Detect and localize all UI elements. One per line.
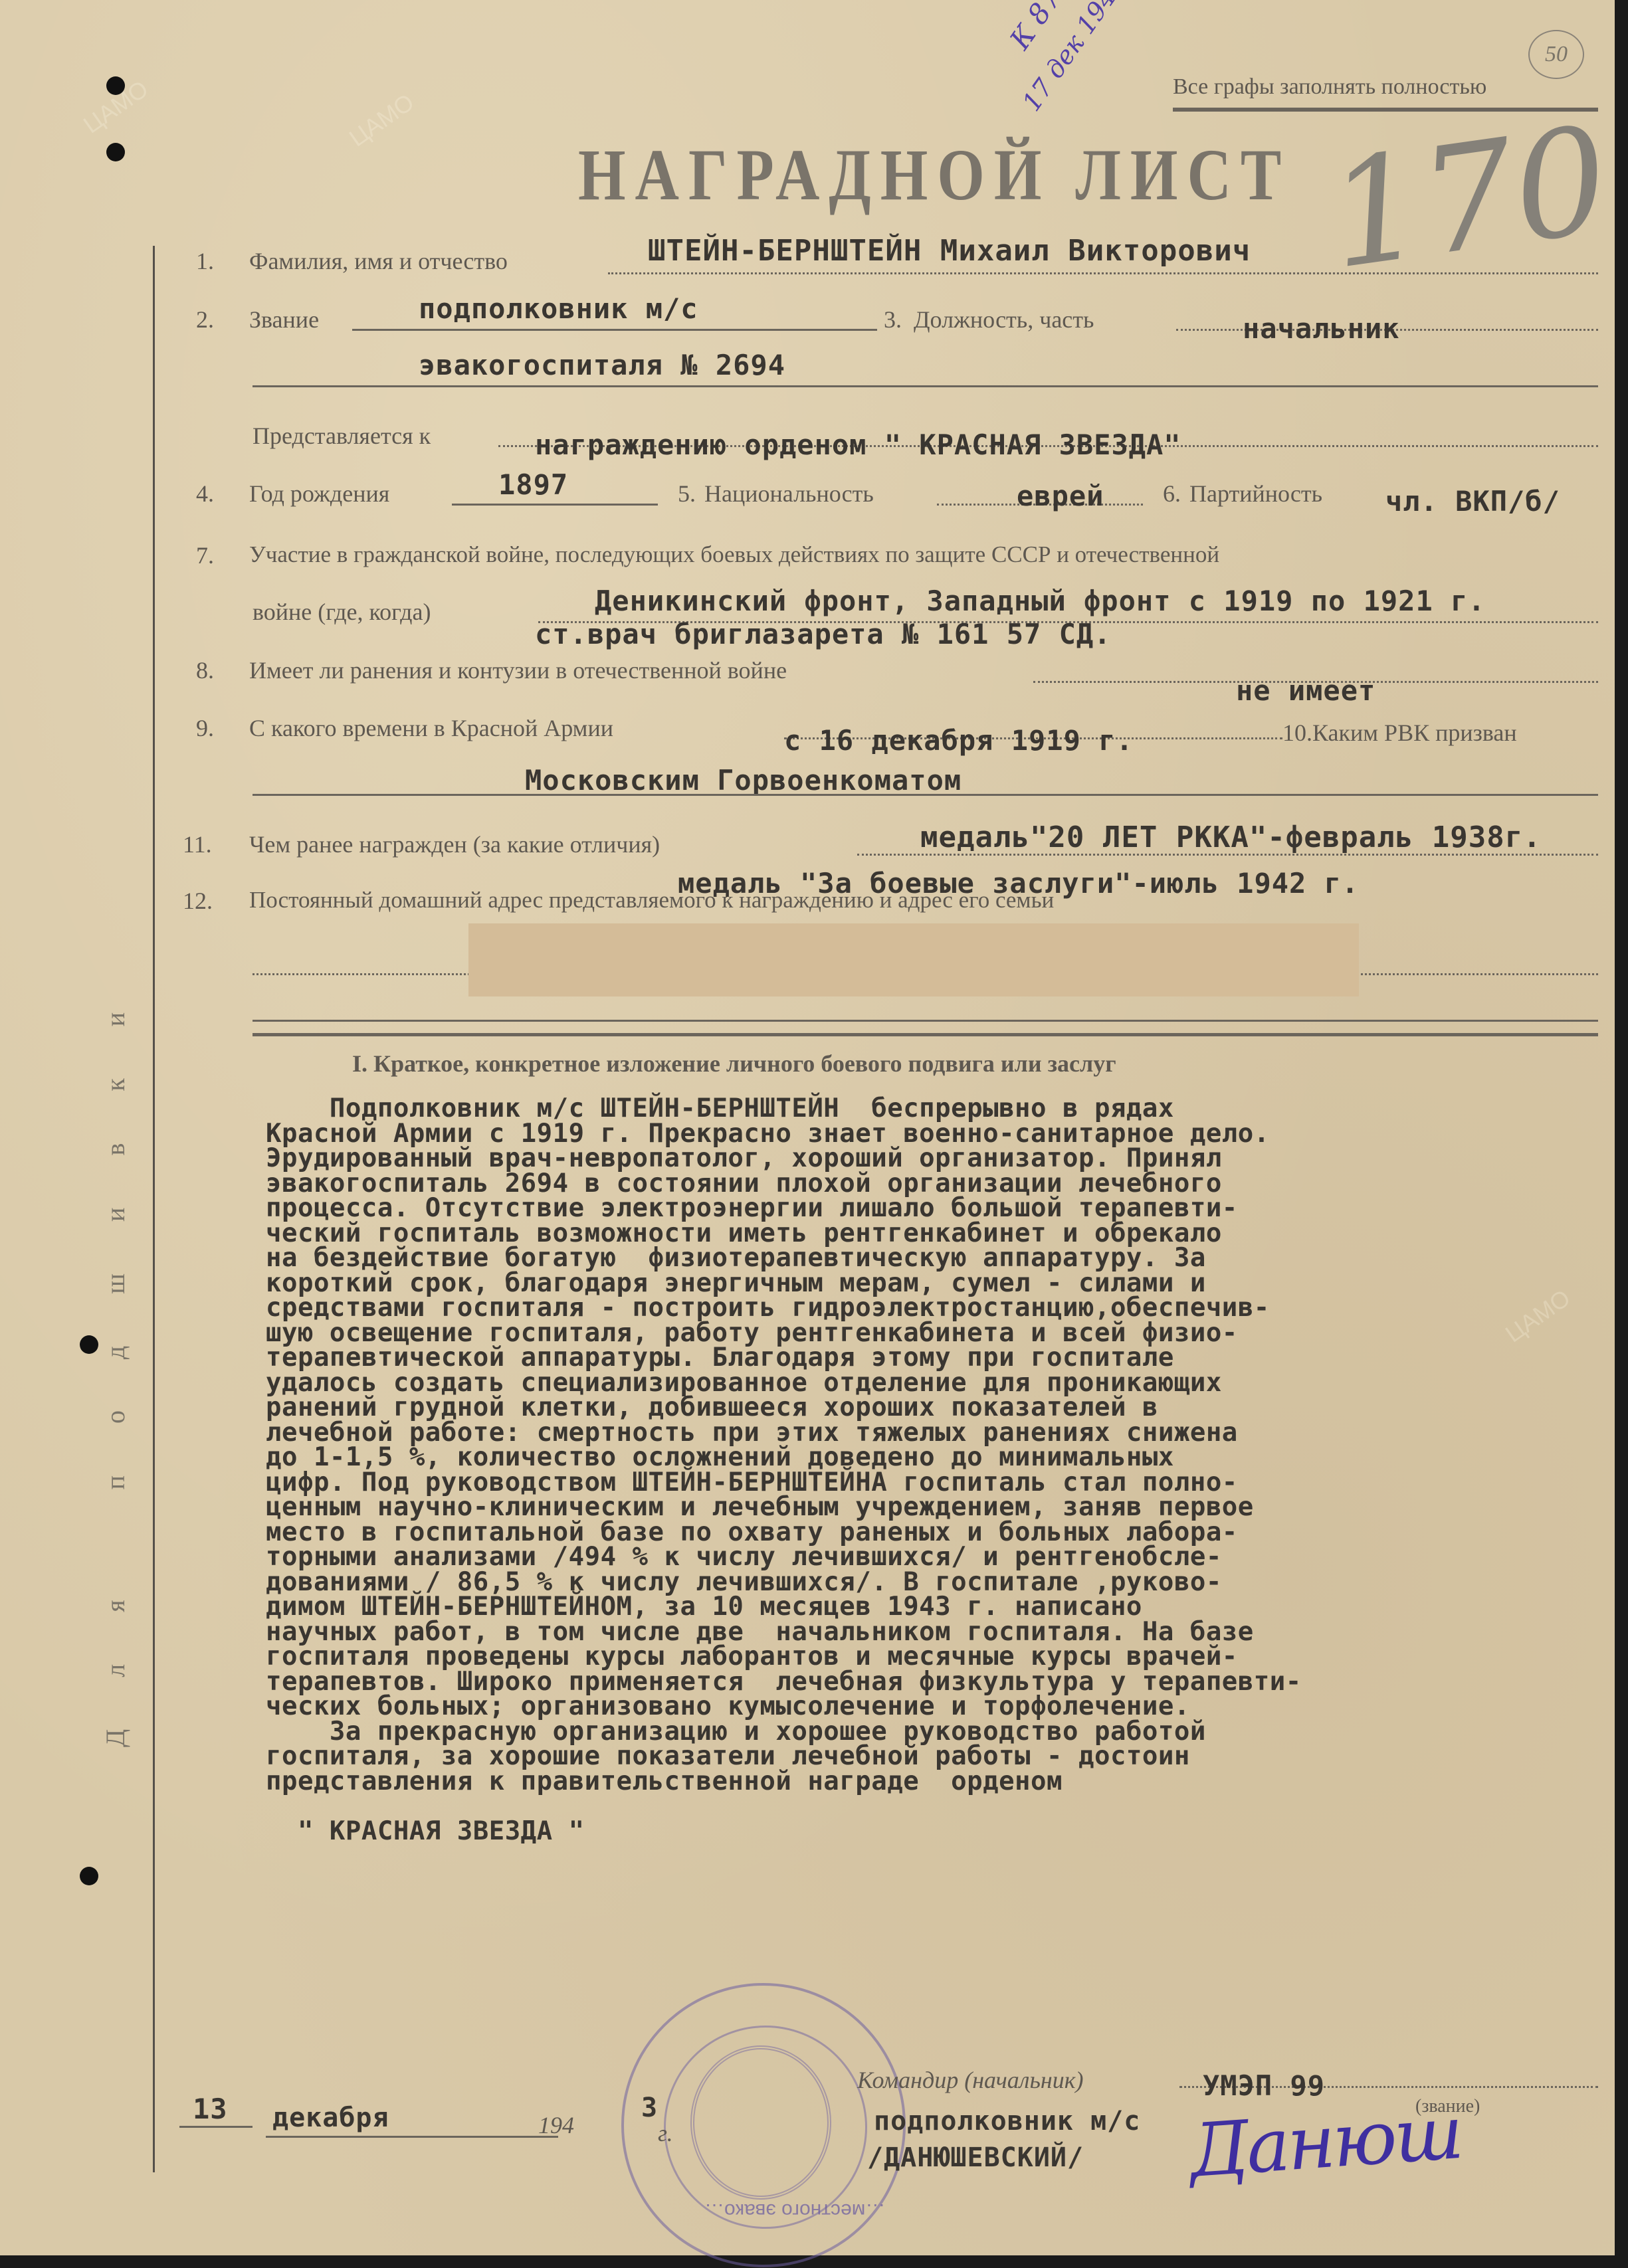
binding-margin-line xyxy=(153,246,155,2172)
merits-section-title: I. Краткое, конкретное изложение личного… xyxy=(352,1050,1116,1078)
field-number: 4. xyxy=(196,480,214,508)
merits-line: короткий срок, благодаря энергичным мера… xyxy=(266,1271,1568,1296)
date-rule xyxy=(179,2126,253,2128)
field-value-wars-cont: ст.врач бриглазарета № 161 57 СД. xyxy=(535,618,1111,650)
merits-line: За прекрасную организацию и хорошее руко… xyxy=(266,1719,1568,1745)
merits-line: ческих больных; организовано кумысолечен… xyxy=(266,1694,1568,1719)
merits-line: эвакогоспиталь 2694 в состоянии плохой о… xyxy=(266,1171,1568,1196)
merits-line: ранений грудной клетки, добившееся хорош… xyxy=(266,1395,1568,1420)
commander-rank: подполковник м/с xyxy=(874,2106,1140,2136)
binding-hole xyxy=(80,1867,98,1885)
merits-line: на бездействие богатую физиотерапевтичес… xyxy=(266,1246,1568,1271)
merits-line: средствами госпиталя - построить гидроэл… xyxy=(266,1295,1568,1321)
field-value-name: ШТЕЙН-БЕРНШТЕЙН Михаил Викторович xyxy=(648,234,1251,268)
field-value-wounds: не имеет xyxy=(1236,674,1375,707)
field-label-wars: Участие в гражданской войне, последующих… xyxy=(249,541,1219,568)
merits-line: удалось создать специализированное отдел… xyxy=(266,1370,1568,1396)
merits-line xyxy=(266,1794,1568,1819)
field-number: 9. xyxy=(196,714,214,742)
field-rule xyxy=(608,272,1598,274)
field-number: 12. xyxy=(183,887,213,915)
commander-name: /ДАНЮШЕВСКИЙ/ xyxy=(867,2142,1084,2173)
field-label-wars-cont: войне (где, когда) xyxy=(253,598,431,626)
field-value-nationality: еврей xyxy=(1017,480,1104,512)
merits-line: представления к правительственной наград… xyxy=(266,1769,1568,1794)
field-rule xyxy=(352,329,877,331)
watermark: ЦАМО xyxy=(344,88,419,153)
field-number: 1. xyxy=(196,247,214,275)
pencil-number: 170 xyxy=(1318,94,1618,302)
fill-instruction: Все графы заполнять полностью xyxy=(1173,74,1486,100)
field-value-party: чл. ВКП/б/ xyxy=(1385,485,1560,518)
merits-line: торными анализами /494 % к числу лечивши… xyxy=(266,1545,1568,1570)
archive-page-number: 50 xyxy=(1528,30,1584,79)
section-divider xyxy=(253,1033,1598,1036)
commander-signature: Данюш xyxy=(1187,2090,1463,2194)
field-value-rank: подполковник м/с xyxy=(419,292,698,325)
date-day: 13 xyxy=(193,2093,228,2125)
merits-line: ценным научно-клиническим и лечебным учр… xyxy=(266,1495,1568,1520)
award-sheet: ЦАМО ЦАМО ЦАМО ЦАМО Для подшивки 50 К 87… xyxy=(0,0,1615,2255)
merits-line: дованиями / 86,5 % к числу лечившихся/. … xyxy=(266,1570,1568,1595)
binding-hole xyxy=(106,76,125,95)
date-year-suffix: 3 xyxy=(641,2093,658,2123)
merits-line: терапевтической аппаратуры. Благодаря эт… xyxy=(266,1345,1568,1370)
field-label-home-address: Постоянный домашний адрес представляемог… xyxy=(249,887,1054,913)
field-value-position: начальник xyxy=(1243,312,1400,345)
field-label-position: Должность, часть xyxy=(914,306,1094,333)
merits-line: место в госпитальной базе по охвату ране… xyxy=(266,1520,1568,1545)
commander-unit: УМЭП 99 xyxy=(1203,2069,1325,2102)
field-value-enlisted-by: Московским Горвоенкоматом xyxy=(525,764,962,797)
field-rule xyxy=(253,1020,1598,1022)
merits-line: госпиталя, за хорошие показатели лечебно… xyxy=(266,1744,1568,1769)
stamp-text: …местного эвако… xyxy=(704,2199,885,2221)
merits-line: шую освещение госпиталя, работу рентгенк… xyxy=(266,1321,1568,1346)
field-label-name: Фамилия, имя и отчество xyxy=(249,247,508,275)
field-value-wars: Деникинский фронт, Западный фронт с 1919… xyxy=(595,585,1486,617)
field-label-wounds: Имеет ли ранения и контузии в отечествен… xyxy=(249,656,787,684)
merits-line: до 1-1,5 %, количество осложнений доведе… xyxy=(266,1445,1568,1470)
date-year-prefix: 194 xyxy=(538,2111,574,2139)
field-value-presented: награждению орденом " КРАСНАЯ ЗВЕЗДА" xyxy=(535,428,1181,461)
merits-line: лечебной работе: смертность при этих тяж… xyxy=(266,1420,1568,1446)
merits-line: " КРАСНАЯ ЗВЕЗДА " xyxy=(266,1819,1568,1844)
field-value-prior-award-1: медаль"20 ЛЕТ РККА"-февраль 1938г. xyxy=(920,820,1542,854)
merits-line: Красной Армии с 1919 г. Прекрасно знает … xyxy=(266,1121,1568,1147)
merits-line: процесса. Отсутствие электроэнергии лиша… xyxy=(266,1196,1568,1221)
field-label-service-since: С какого времени в Красной Армии xyxy=(249,714,613,742)
merits-line: Эрудированный врач-невропатолог, хороший… xyxy=(266,1146,1568,1171)
field-label-nationality: Национальность xyxy=(704,480,874,508)
field-number: 7. xyxy=(196,541,214,569)
field-number: 6. xyxy=(1163,480,1181,508)
merits-line: госпиталя проведены курсы лаборантов и м… xyxy=(266,1644,1568,1669)
field-label-enlisted-by: Каким РВК призван xyxy=(1312,719,1517,747)
binding-hole xyxy=(106,143,125,161)
date-year-label: г. xyxy=(658,2119,673,2147)
commander-label: Командир (начальник) xyxy=(857,2066,1084,2094)
merits-line: научных работ, в том числе две начальник… xyxy=(266,1620,1568,1645)
stamp-emblem-icon xyxy=(690,2045,831,2200)
redacted-address xyxy=(468,923,1359,996)
date-month: декабря xyxy=(272,2103,389,2133)
field-number: 10. xyxy=(1282,719,1312,747)
field-label-party: Партийность xyxy=(1189,480,1322,508)
binding-hole xyxy=(80,1335,98,1354)
field-value-position-unit: эвакогоспиталя № 2694 xyxy=(419,349,785,381)
field-rule xyxy=(452,504,658,506)
merits-line: ческий госпиталь возможности иметь рентг… xyxy=(266,1221,1568,1246)
field-label-rank: Звание xyxy=(249,306,319,333)
merits-line: терапевтов. Широко применяется лечебная … xyxy=(266,1669,1568,1695)
date-rule xyxy=(266,2136,558,2138)
field-label-prior-awards: Чем ранее награжден (за какие отличия) xyxy=(249,830,660,858)
merits-line: цифр. Под руководством ШТЕЙН-БЕРНШТЕЙНА … xyxy=(266,1470,1568,1495)
field-number: 8. xyxy=(196,656,214,684)
merits-text: Подполковник м/с ШТЕЙН-БЕРНШТЕЙН беспрер… xyxy=(266,1096,1568,1843)
field-number: 2. xyxy=(196,306,214,333)
field-value-service-since: с 16 декабря 1919 г. xyxy=(784,724,1134,757)
field-label-presented: Представляется к xyxy=(253,422,431,450)
merits-line: Подполковник м/с ШТЕЙН-БЕРНШТЕЙН беспрер… xyxy=(266,1096,1568,1121)
field-number: 11. xyxy=(183,830,212,858)
field-label-birth-year: Год рождения xyxy=(249,480,389,508)
field-rule xyxy=(253,385,1598,387)
field-value-birth-year: 1897 xyxy=(498,468,568,501)
field-number: 5. xyxy=(678,480,696,508)
document-title: НАГРАДНОЙ ЛИСТ xyxy=(578,132,1290,217)
merits-line: димом ШТЕЙН-БЕРНШТЕЙНОМ, за 10 месяцев 1… xyxy=(266,1594,1568,1620)
field-number: 3. xyxy=(884,306,902,333)
binding-margin-text: Для подшивки xyxy=(100,618,153,1747)
field-rule xyxy=(253,794,1598,796)
